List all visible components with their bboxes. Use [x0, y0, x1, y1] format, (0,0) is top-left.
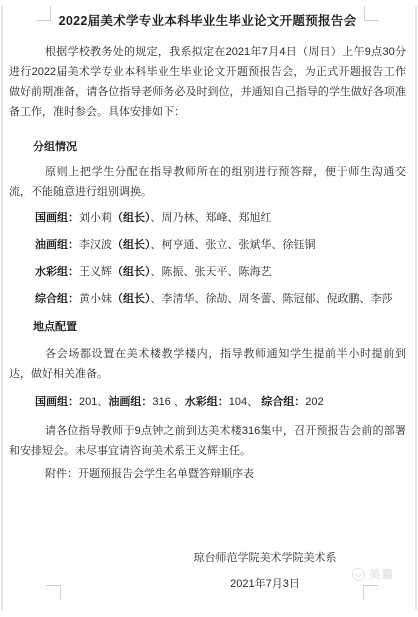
group-label: 油画组：: [35, 239, 79, 251]
room-number: 201、: [79, 396, 108, 408]
group-line-watercolor: 水彩组：王义辉（组长）、陈振、张天平、陈海艺: [9, 262, 406, 282]
meeting-note-paragraph: 请各位指导教师于9点钟之前到达美术楼316集中，召开预报告会前的部署和安排短会。…: [9, 421, 406, 461]
document-page: 2022届美术学专业本科毕业生毕业论文开题预报告会 根据学校教务处的规定，我系拟…: [0, 0, 418, 617]
document-content: 2022届美术学专业本科毕业生毕业论文开题预报告会 根据学校教务处的规定，我系拟…: [0, 0, 418, 594]
section-heading-location: 地点配置: [9, 317, 406, 337]
signature-department: 琼台师范学院美术学院美术系: [124, 548, 406, 568]
intro-paragraph: 根据学校教务处的规定，我系拟定在2021年7月4日（周日）上午9点30分进行20…: [9, 42, 406, 122]
group-label: 水彩组：: [35, 266, 79, 278]
group-members: 、柯亨通、张立、张斌华、徐钰铜: [151, 239, 316, 251]
room-group-label: 水彩组：: [185, 396, 229, 408]
group-label: 国画组：: [35, 212, 79, 224]
group-line-comprehensive: 综合组：黄小妹（组长）、李清华、徐劼、周冬蕾、陈冠郁、倪政鹏、李莎: [9, 289, 406, 309]
location-note-paragraph: 各会场都设置在美术楼教学楼内，指导教师通知学生提前半小时提前到达，做好相关准备。: [9, 344, 406, 384]
grouping-note-paragraph: 原则上把学生分配在指导教师所在的组别进行预答辩，便于师生沟通交流，不能随意进行组…: [9, 162, 406, 202]
group-leader-tag: （组长）: [112, 212, 151, 224]
group-leader: 王义辉: [79, 266, 112, 278]
group-members: 、周乃林、郑峰、郑旭红: [151, 212, 272, 224]
group-line-chinese-painting: 国画组：刘小莉（组长）、周乃林、郑峰、郑旭红: [9, 208, 406, 228]
room-number: 202: [305, 396, 323, 408]
room-group-label: 油画组：: [108, 396, 152, 408]
group-leader-tag: （组长）: [112, 266, 151, 278]
group-leader-tag: （组长）: [112, 293, 151, 305]
rooms-assignment-line: 国画组：201、油画组：316 、水彩组：104、 综合组：202: [9, 392, 406, 412]
room-group-label: 国画组：: [35, 396, 79, 408]
group-members: 、李清华、徐劼、周冬蕾、陈冠郁、倪政鹏、李莎: [151, 293, 393, 305]
meipian-watermark: 美篇: [352, 566, 395, 582]
room-number: 316 、: [152, 396, 184, 408]
group-leader-tag: （组长）: [112, 239, 151, 251]
group-leader: 刘小莉: [79, 212, 112, 224]
document-title: 2022届美术学专业本科毕业生毕业论文开题预报告会: [9, 0, 406, 30]
attachment-line: 附件：开题预报告会学生名单暨答辩顺序表: [9, 464, 406, 484]
signature-block: 琼台师范学院美术学院美术系 2021年7月3日: [9, 548, 406, 594]
watermark-text: 美篇: [369, 566, 395, 582]
room-group-label: 综合组：: [261, 396, 305, 408]
group-line-oil-painting: 油画组：李汉波（组长）、柯亨通、张立、张斌华、徐钰铜: [9, 235, 406, 255]
group-leader: 李汉波: [79, 239, 112, 251]
group-leader: 黄小妹: [79, 293, 112, 305]
group-label: 综合组：: [35, 293, 79, 305]
group-members: 、陈振、张天平、陈海艺: [151, 266, 272, 278]
room-number: 104、: [229, 396, 261, 408]
section-heading-grouping: 分组情况: [9, 137, 406, 157]
meipian-logo-icon: [352, 568, 365, 581]
